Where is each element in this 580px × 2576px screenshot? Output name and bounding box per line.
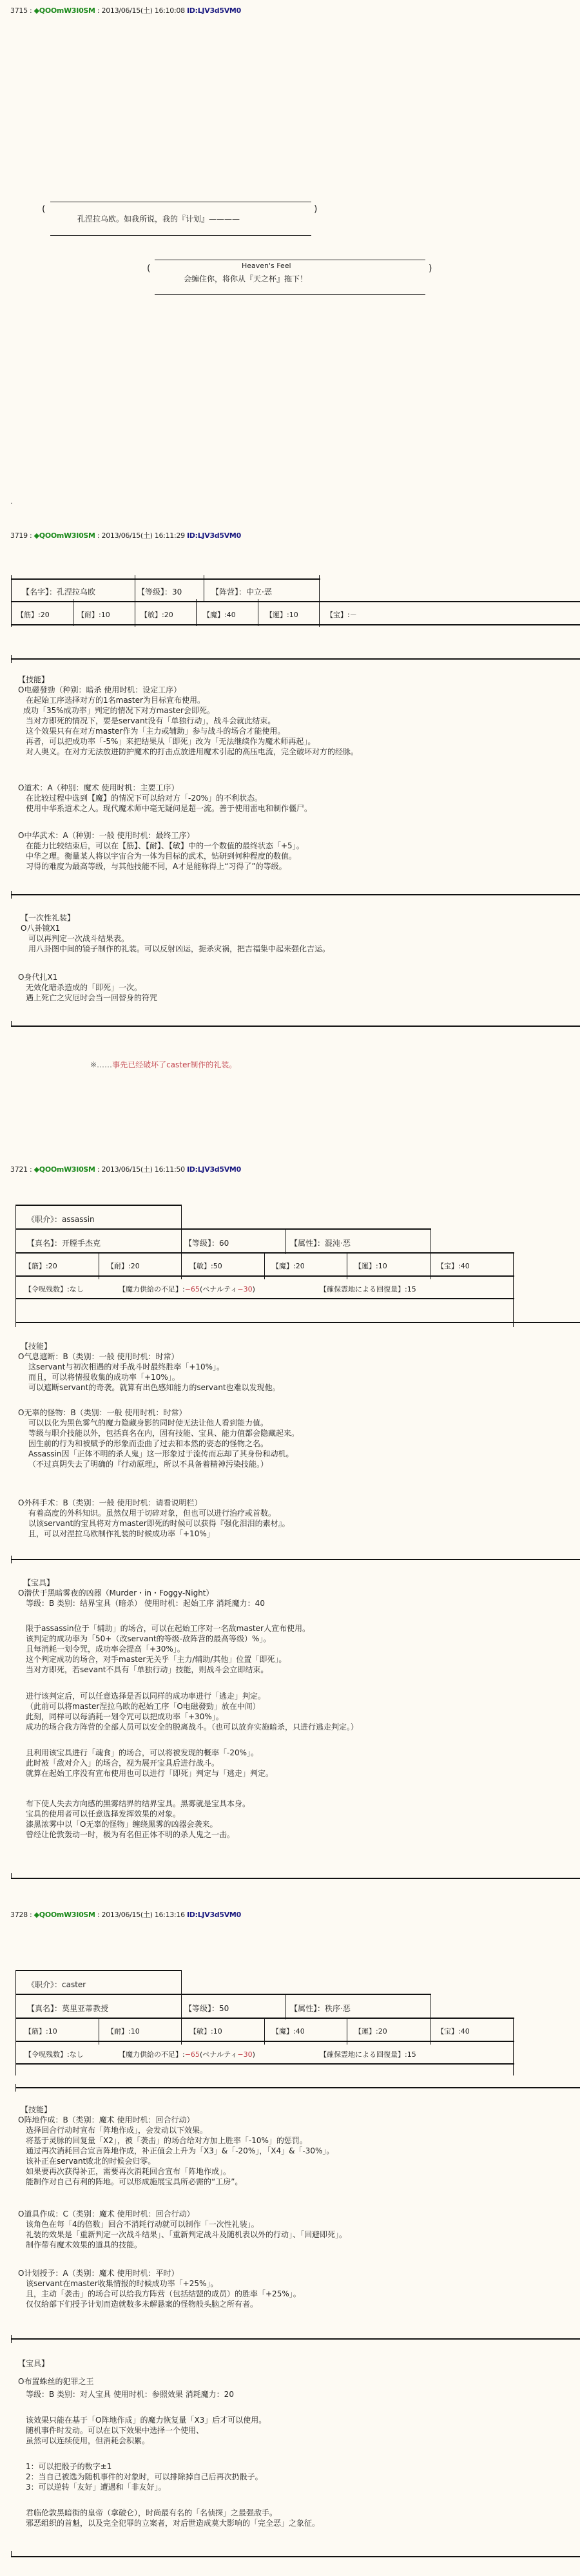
section-divider: [15, 2087, 580, 2088]
items-heading: 【一次性礼装】: [21, 913, 75, 924]
bubble-text: 会缠住你，将你从『天之杯』拖下！: [184, 273, 307, 284]
skill-line: 在比较过程中选到【魔】的情况下可以给对方「-20%」的不利状态。: [26, 794, 262, 804]
profile-level: 【等级】：60: [184, 1237, 229, 1248]
poster-id[interactable]: ID:LJV3d5VM0: [187, 531, 241, 540]
poster-trip: ◆QOOmW3I0SM: [34, 6, 95, 15]
np-line: 该效果只能在基于「O阵地作成」的魔力恢复量「X3」后才可以使用。: [26, 2416, 266, 2426]
stat-str: 【筋】:20: [17, 609, 50, 620]
skill-line: 中华之理。衡量某人将以宇宙合为一体为目标的武术，钻研到何种程度的数值。: [26, 852, 296, 862]
stat-str: 【筋】:10: [24, 2026, 57, 2036]
skill-line: 该角色在每「4的倍数」回合不消耗行动就可以制作「一次性礼装」。: [26, 2220, 259, 2230]
poster-trip: ◆QOOmW3I0SM: [34, 1911, 95, 1919]
skill-line: 这个效果只有在对方master作为「主力或辅助」参与战斗的场合才能使用。: [26, 727, 285, 737]
poster-trip: ◆QOOmW3I0SM: [34, 531, 95, 540]
skill-line: 在能力比较结束后，可以在【筋】、【耐】、【敏】中的一个数值的最终状态「+5」。: [26, 841, 304, 852]
post-header: 3715 : ◆QOOmW3I0SM : 2013/06/15(土) 16:10…: [10, 5, 241, 15]
np-line: 进行该判定后，可以任意选择是否以同样的成功率进行「逃走」判定。: [26, 1692, 266, 1702]
np-line: 虽然可以连续使用，但消耗会积累。: [26, 2436, 150, 2447]
stat-luck: 【運】:10: [266, 609, 298, 620]
bubble-left-bracket-icon: (: [42, 205, 45, 214]
stat-agi: 【敏】:20: [140, 609, 173, 620]
profile-class: 《职介》：assassin: [27, 1214, 95, 1225]
np-line: 此时被「敌对介入」的场合，视为展开宝具后进行战斗。: [26, 1759, 219, 1769]
poster-id[interactable]: ID:LJV3d5VM0: [187, 1165, 241, 1174]
stat-luck: 【運】:20: [354, 2026, 387, 2036]
skill-line: 该servant在master收集情报的时候成功率「+25%」。: [26, 2279, 218, 2289]
stat-luck: 【運】:10: [354, 1261, 387, 1271]
section-divider: [15, 1322, 580, 1323]
np-line: 君临伦敦黑暗街的皇帝（拿破仑），时尚最有名的「名侦探」之最强敌手。: [26, 2508, 277, 2519]
skill-line: 等级与职介技能以外，包括真名在内，固有技能、宝具、能力值都会隐藏起来。: [28, 1429, 299, 1439]
section-divider: [11, 1559, 580, 1560]
item-line: 用八卦图中间的镜子制作的礼装。可以反射凶运，扼杀灾祸，把吉福集中起来强化吉运。: [28, 944, 330, 955]
command-spells: 【令呪残数】:なし: [24, 2049, 84, 2059]
skill-line: 再者，可以把成功率「-5%」来把结果从「即死」改为「无法继续作为魔术师再起」。: [26, 737, 315, 747]
skills-heading: 【技能】: [18, 675, 49, 685]
np-line: 且利用该宝具进行「魂食」的场合，可以将被发现的概率「-20%」。: [26, 1748, 258, 1759]
skill-line: 有着高度的外科知识。虽然仅用于切碎对象，但也可以进行治疗或首数。: [28, 1509, 276, 1519]
item-title: O身代扎X1: [18, 973, 57, 983]
skill-title: O道术：A（种别：魔术 使用时机：主要工序）: [18, 783, 179, 794]
stat-mag: 【魔】:40: [272, 2026, 305, 2036]
np-line: 随机事件时发动。可以在以下效果中选择一个使用、: [26, 2426, 204, 2436]
skills-heading: 【技能】: [21, 2105, 52, 2115]
skill-line: 使用中华系道术之人。现代魔术师中毫无疑问是超一流。善于使用雷电和制作僵尸。: [26, 804, 312, 814]
np-line: 宝具的使用者可以任意选择发挥效果的对象。: [26, 1809, 180, 1820]
skill-line: 对人奥义。在对方无法放进防护魔术的打击点放进用魔术引起的高压电流，完全破坏对方的…: [26, 747, 358, 758]
divider-tick: [11, 1873, 12, 1879]
np-title: O布置蛛丝的犯罪之王: [18, 2377, 93, 2387]
stat-end: 【耐】:10: [107, 2026, 140, 2036]
np-line: 漆黑浓雾中以「O无辜的怪物」缠绕黑雾的凶器会袭来。: [26, 1820, 217, 1830]
profile-name: 【名字】：孔涅拉乌欧: [22, 586, 95, 597]
np-line: 且每消耗一划令咒，成功率会提高「+30%」。: [26, 1645, 185, 1655]
skill-title: O无辜的怪物：B（类别：一般 使用时机：时常）: [18, 1408, 187, 1418]
profile-camp: 【阵营】：中立·恶: [211, 586, 272, 597]
skill-line: （不过真阴失去了明确的『行动原理』，所以不具备着精神污染技能。）: [28, 1460, 268, 1470]
section-divider: [11, 1878, 580, 1879]
skill-line: 仅仅给部下们授予计划而造就数多未解悬案的怪物般头脑之所有者。: [26, 2300, 258, 2310]
skill-line: 且，可以对涅拉乌欧制作礼装的时候成功率「+10%」: [28, 1529, 215, 1540]
bubble-right-bracket-icon: ): [429, 264, 432, 273]
np-line: 布下使人失去方向感的黑雾结界的结界宝具。黑雾就是宝具本身。: [26, 1799, 250, 1809]
skill-line: 当对方即死的情况下，要是servant没有「单独行动」，战斗会就此结束。: [26, 716, 275, 727]
np-line: 这个判定成功的场合，对手master无关乎「主力/辅助/其他」位置「即死」。: [26, 1655, 286, 1665]
np-line: 就算在起始工序没有宣布使用也可以进行「即死」判定与「逃走」判定。: [26, 1769, 273, 1779]
divider-tick: [11, 2551, 12, 2557]
divider-tick: [11, 1021, 12, 1027]
divider-tick: [11, 655, 12, 663]
skill-line: 礼装的效果是「重新判定一次战斗结果」、「重新判定战斗及随机表以外的行动」、「回避…: [26, 2230, 347, 2240]
poster-id[interactable]: ID:LJV3d5VM0: [187, 1911, 241, 1919]
np-line: 2：当自己被选为随机事件的对象时，可以排除掉自己后再次扔骰子。: [26, 2472, 263, 2483]
np-title: O潜伏于黑暗雾夜的凶器（Murder・in・Foggy-Night）: [18, 1589, 214, 1599]
divider-tick: [11, 2335, 12, 2343]
notice-text: 事先已经破坏了caster制作的礼装。: [112, 1060, 237, 1069]
profile-attribute: 【属性】：混沌·恶: [290, 1237, 351, 1248]
divider-tick: [11, 891, 12, 899]
skill-line: 成功「35%成功率」判定的情况下对方master会即死。: [23, 706, 215, 716]
profile-class: 《职介》：caster: [27, 1979, 86, 1990]
np-line: 成功的场合我方阵营的全部人员可以安全的脱离战斗。（也可以放弃实施暗杀，只进行逃走…: [26, 1722, 358, 1733]
mana-shortage: 【魔力供給の不足】:−65(ペナルティ−30): [119, 1284, 255, 1294]
np-line: 曾经让伦敦轰动一时，极为有名但正体不明的杀人鬼之一击。: [26, 1830, 235, 1840]
post-header: 3728 : ◆QOOmW3I0SM : 2013/06/15(土) 16:13…: [10, 1909, 241, 1920]
np-meta: 等级：B 类别：对人宝具 使用时机：参照效果 消耗魔力：20: [26, 2390, 234, 2400]
skill-line: 将基于灵脉的回复量「X2」，被「袭击」的场合给对方加上胜率「-10%」的惩罚。: [26, 2136, 307, 2146]
skill-line: 如果要再次获得补正，需要再次消耗回合宣布「阵地作成」。: [26, 2167, 231, 2177]
np-line: 限于assassin位于「辅助」的场合，可以在起始工序对一名敌master人宣布…: [26, 1624, 310, 1634]
command-spells: 【令呪残数】:なし: [24, 1284, 84, 1294]
stat-end: 【耐】:10: [77, 609, 110, 620]
profile-level: 【等级】：30: [137, 586, 182, 597]
stat-np: 【宝】:40: [437, 2026, 470, 2036]
skill-line: Assassin因「正体不明的杀人鬼」这一形象过于流传而忘却了其身份和动机。: [28, 1449, 294, 1460]
skill-title: O阵地作成：B（类别：魔术 使用时机：回合行动）: [18, 2115, 195, 2126]
skill-line: 通过再次消耗回合宣言阵地作成，补正值会上升为「X3」&「-20%」，「X4」&「…: [26, 2146, 334, 2157]
skill-line: 因生前的行为和被赋予的形象而歪曲了过去和本然的姿态的怪物之名。: [28, 1439, 268, 1449]
skill-line: 这servant与初次相遇的对手战斗时最终胜率「+10%」。: [28, 1362, 224, 1373]
np-heading: 【宝具】: [23, 1578, 54, 1589]
section-divider: [11, 1026, 580, 1027]
item-line: 遇上死亡之灾厄时会当一回替身的符咒: [26, 993, 157, 1004]
skill-line: 以该servant的宝具将对方master即死的时候可以获得『强化泪泪的素材』。: [28, 1519, 290, 1529]
skill-line: 在起始工序选择对方的1名master为目标宣布使用。: [26, 696, 205, 706]
section-divider: [11, 658, 580, 660]
leyline-recovery: 【確保霊地による回復量】:15: [320, 1284, 416, 1294]
skill-title: O中华武术：A（种别：一般 使用时机：最终工序）: [18, 831, 194, 841]
skill-title: O外科手术：B（类别：一般 使用时机：请看说明栏）: [18, 1498, 202, 1509]
np-line: 此刻，同样可以每消耗一划令咒可以把成功率「+30%」。: [26, 1712, 224, 1722]
post-date: 2013/06/15(土) 16:13:16: [102, 1911, 185, 1919]
np-line: 1：可以把骰子的数字±1: [26, 2462, 111, 2472]
notice: ※……事先已经破坏了caster制作的礼装。: [90, 1059, 237, 1070]
profile-attribute: 【属性】：秩序·恶: [290, 2003, 351, 2014]
bubble-text: 孔涅拉乌欧。如我所说，我的『计划』————: [77, 213, 240, 224]
divider-tick: [15, 2084, 16, 2092]
skill-line: 可以遮断servant的奇袭。就算有出色感知能力的servant也难以发现他。: [28, 1383, 280, 1393]
np-meta: 等级：B 类别：结界宝具（暗杀） 使用时机：起始工序 消耗魔力：40: [26, 1599, 265, 1609]
stat-np: 【宝】:－: [326, 609, 357, 620]
profile-true-name: 【真名】：莫里亚蒂教授: [27, 2003, 108, 2014]
np-line: 该判定的成功率为「50+（改servant的等级-敌阵营的最高等级）%」。: [26, 1634, 271, 1645]
stat-agi: 【敏】:10: [189, 2026, 222, 2036]
section-divider: [11, 2556, 580, 2557]
skill-line: 选择回合行动时宣布「阵地作成」，会发动以下效果。: [26, 2126, 208, 2136]
skill-title: O道具作成：C（类别：魔术 使用时机：回合行动）: [18, 2209, 195, 2220]
np-line: （此前可以将master涅拉乌欧的起始工序「O电磁發勁」放在中间）: [26, 1702, 260, 1712]
footer-dot: .: [10, 497, 13, 506]
skills-heading: 【技能】: [21, 1342, 52, 1352]
leyline-recovery: 【確保霊地による回復量】:15: [320, 2049, 416, 2059]
stat-mag: 【魔】:20: [272, 1261, 305, 1271]
section-divider: [11, 894, 580, 895]
profile-level: 【等级】：50: [184, 2003, 229, 2014]
item-line: 无效化暗杀造成的「即死」一次。: [26, 983, 142, 993]
post-date: 2013/06/15(土) 16:11:29: [102, 531, 185, 540]
post-header: 3721 : ◆QOOmW3I0SM : 2013/06/15(土) 16:11…: [10, 1164, 241, 1174]
notice-prefix: ※……: [90, 1060, 112, 1069]
post-number[interactable]: 3721: [10, 1165, 28, 1174]
stat-str: 【筋】:20: [24, 1261, 57, 1271]
post-number[interactable]: 3715: [10, 6, 28, 15]
post-number[interactable]: 3719: [10, 531, 28, 540]
stat-end: 【耐】:20: [107, 1261, 140, 1271]
stat-agi: 【敏】:50: [189, 1261, 222, 1271]
post-number[interactable]: 3728: [10, 1911, 28, 1919]
section-divider: [11, 2338, 580, 2340]
skill-title: O气息遮断：B（类别：一般 使用时机：时常）: [18, 1352, 179, 1362]
skill-line: 能制作对自己有利的阵地。可以形成施展宝具所必需的“工房”。: [26, 2177, 242, 2188]
stat-mag: 【魔】:40: [203, 609, 236, 620]
bubble-left-bracket-icon: (: [147, 264, 150, 273]
bubble-ruby-text: Heaven's Feel: [242, 262, 291, 270]
skill-line: 且，主动「袭击」的场合可以给我方阵营（包括结盟的成员）的胜率「+25%」。: [26, 2289, 301, 2300]
profile-true-name: 【真名】：开膛手杰克: [27, 1237, 101, 1248]
skill-title: O电磁發勁（种别：暗杀 使用时机：设定工序）: [18, 685, 181, 696]
post-date: 2013/06/15(土) 16:11:50: [102, 1165, 185, 1174]
divider-tick: [11, 1556, 12, 1563]
np-line: 邪恶组织的首魁，以及完全犯罪的立案者，对后世造成莫大影响的「完全恶」之象征。: [26, 2519, 320, 2529]
np-line: 当对方即死，若sevant不具有「单独行动」技能，则战斗会立即结束。: [26, 1665, 268, 1675]
post-date: 2013/06/15(土) 16:10:08: [102, 6, 185, 15]
skill-line: 而且，可以将情报收集的成功率「+10%」。: [28, 1373, 180, 1383]
post-header: 3719 : ◆QOOmW3I0SM : 2013/06/15(土) 16:11…: [10, 530, 241, 540]
poster-id[interactable]: ID:LJV3d5VM0: [187, 6, 241, 15]
np-line: 3：可以逆转「友好」遭遇和「非友好」。: [26, 2483, 166, 2493]
stat-np: 【宝】:40: [437, 1261, 470, 1271]
poster-trip: ◆QOOmW3I0SM: [34, 1165, 95, 1174]
skill-line: 习得的难度为最高等级，与其他技能不同，A才是能称得上“习得了”的等级。: [26, 862, 287, 872]
mana-shortage: 【魔力供給の不足】:−65(ペナルティ−30): [119, 2049, 255, 2059]
skill-line: 该补正在servant败北的时候会归零。: [26, 2157, 155, 2167]
bubble-right-bracket-icon: ): [314, 205, 317, 214]
item-line: 可以再判定一次战斗结果表。: [28, 934, 129, 944]
np-heading: 【宝具】: [18, 2359, 49, 2369]
skill-title: O计划授予：A（类别：魔术 使用时机：平时）: [18, 2269, 179, 2279]
item-title: O八卦镜X1: [21, 924, 60, 934]
skill-line: 可以以化为黑色雾气的魔力隐藏身影的同时使无法让他人看到能力值。: [28, 1418, 268, 1429]
skill-line: 制作带有魔术效果的道具的技能。: [26, 2240, 142, 2251]
